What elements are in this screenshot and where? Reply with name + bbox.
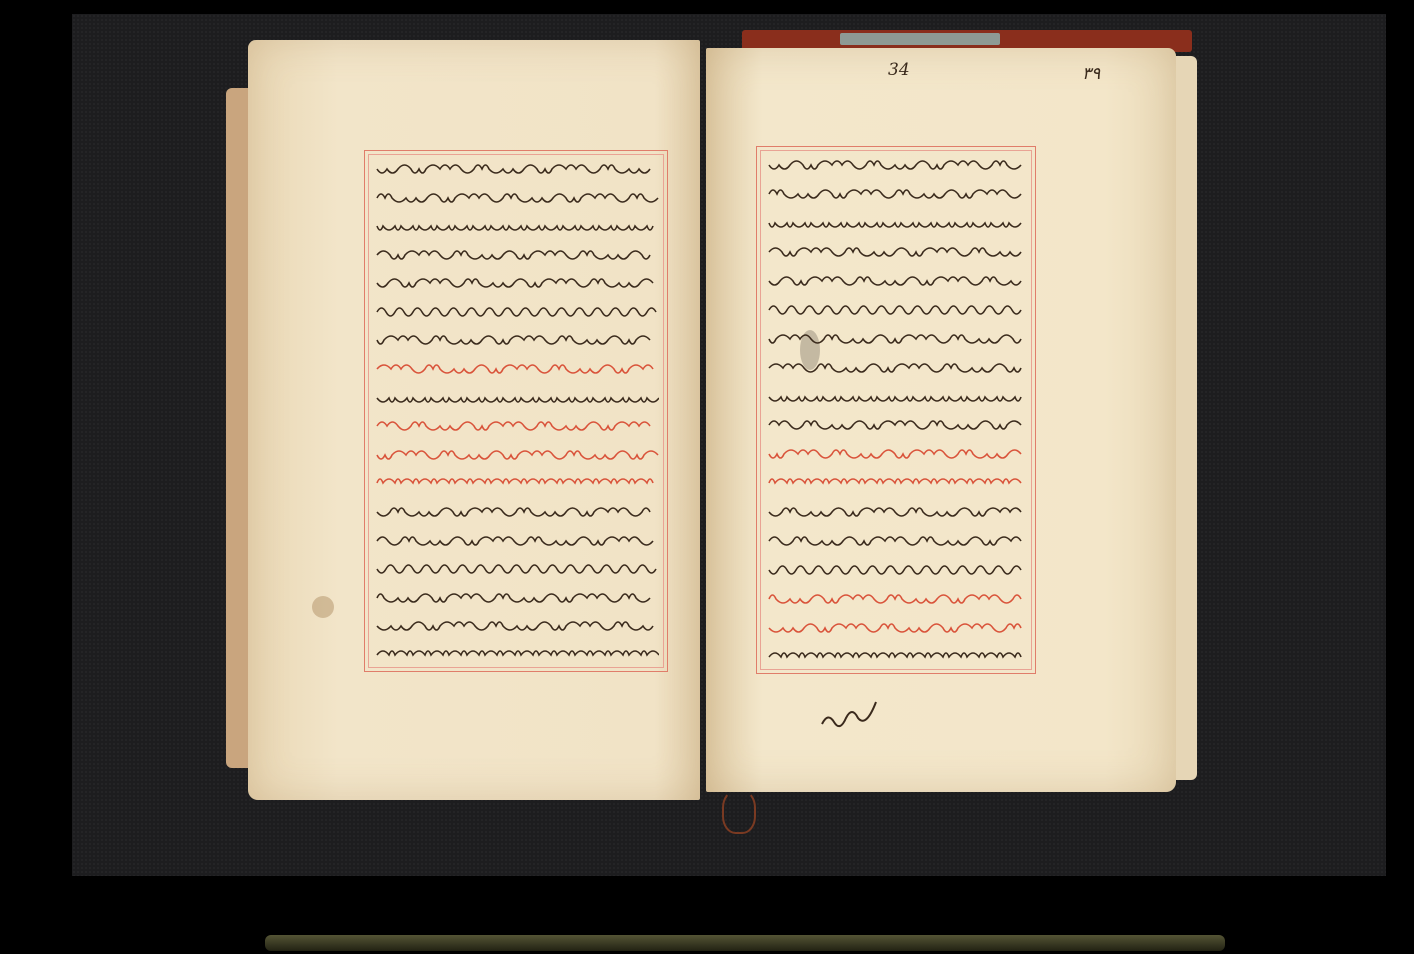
script-line	[765, 471, 1027, 493]
left-text-block	[364, 150, 668, 672]
script-line	[373, 328, 659, 350]
catchword	[818, 696, 882, 736]
script-line	[765, 587, 1027, 609]
script-line	[373, 529, 659, 551]
script-line	[765, 298, 1027, 320]
script-line	[373, 300, 659, 322]
script-line	[373, 443, 659, 465]
folio-number-ink: ٣٩	[1082, 64, 1100, 84]
script-line	[373, 214, 659, 236]
cover-repair-strip	[840, 33, 1000, 45]
script-line	[373, 414, 659, 436]
script-line	[373, 471, 659, 493]
script-line	[373, 500, 659, 522]
script-line	[373, 614, 659, 636]
script-line	[765, 269, 1027, 291]
script-line	[373, 357, 659, 379]
script-line	[373, 157, 659, 179]
left-script-lines	[373, 157, 659, 665]
script-line	[765, 385, 1027, 407]
script-line	[765, 240, 1027, 262]
script-line	[373, 243, 659, 265]
script-line	[373, 186, 659, 208]
script-line	[765, 442, 1027, 464]
right-text-block	[756, 146, 1036, 674]
script-line	[373, 386, 659, 408]
script-line	[373, 643, 659, 665]
script-line	[373, 271, 659, 293]
script-line	[765, 413, 1027, 435]
script-line	[765, 616, 1027, 638]
script-line	[765, 153, 1027, 175]
script-line	[765, 645, 1027, 667]
folio-number-pencil: 34	[888, 60, 910, 80]
script-line	[765, 327, 1027, 349]
stain	[312, 596, 334, 618]
bottom-light-strip	[265, 935, 1225, 951]
script-line	[765, 558, 1027, 580]
script-line	[765, 211, 1027, 233]
script-line	[765, 529, 1027, 551]
right-script-lines	[765, 153, 1027, 667]
script-line	[373, 557, 659, 579]
script-line	[373, 586, 659, 608]
script-line	[765, 356, 1027, 378]
script-line	[765, 182, 1027, 204]
binding-thread	[722, 790, 756, 834]
script-line	[765, 500, 1027, 522]
